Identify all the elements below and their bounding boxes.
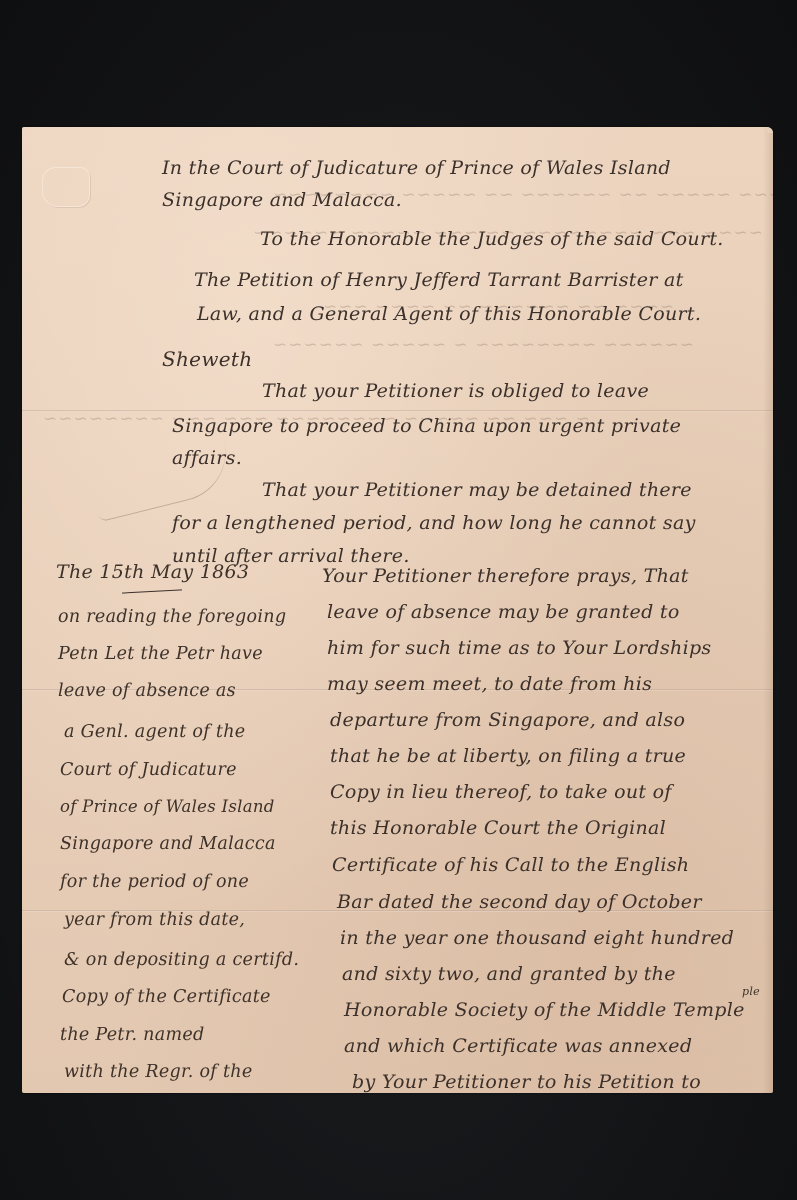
prayer-line: that he be at liberty, on filing a true <box>330 745 686 767</box>
date-underline <box>122 589 182 593</box>
margin-note-line: & on depositing a certifd. <box>64 950 299 970</box>
paragraph-1-line-3: affairs. <box>172 447 242 469</box>
scan-background: ~~~ ~~~~~ ~~ ~~~~~~ ~~ ~~~~~ ~~~~~~~~ ~~… <box>0 0 797 1200</box>
prayer-line: Copy in lieu thereof, to take out of <box>330 781 672 803</box>
prayer-line: in the year one thousand eight hundred <box>340 927 734 949</box>
manuscript-page: ~~~ ~~~~~ ~~ ~~~~~~ ~~ ~~~~~ ~~~~~~~~ ~~… <box>22 127 773 1093</box>
prayer-line: and sixty two, and granted by the <box>342 963 676 985</box>
prayer-line: and which Certificate was annexed <box>344 1035 692 1057</box>
petitioner-line-1: The Petition of Henry Jefferd Tarrant Ba… <box>194 269 684 291</box>
superscript-insertion: ple <box>742 985 760 998</box>
prayer-line: Your Petitioner therefore prays, That <box>322 565 689 587</box>
paragraph-1-line-1: That your Petitioner is obliged to leave <box>262 380 649 402</box>
margin-note-line: a Genl. agent of the <box>64 722 245 742</box>
margin-note-line: Singapore and Malacca <box>60 834 276 854</box>
margin-note-line: year from this date, <box>64 910 245 930</box>
paragraph-1-line-2: Singapore to proceed to China upon urgen… <box>172 415 681 437</box>
margin-note-line: for the period of one <box>60 872 249 892</box>
paragraph-2-line-1: That your Petitioner may be detained the… <box>262 479 692 501</box>
margin-note-line: Court of Judicature <box>60 760 237 780</box>
torn-corner <box>767 127 773 133</box>
margin-note-line: the Petr. named <box>60 1025 205 1045</box>
sheweth-label: Sheweth <box>162 347 252 371</box>
prayer-line: Honorable Society of the Middle Temple <box>344 999 745 1021</box>
heading-address-line: To the Honorable the Judges of the said … <box>260 228 724 250</box>
margin-note-line: with the Regr. of the <box>64 1062 253 1082</box>
margin-note-line: Petn Let the Petr have <box>58 644 263 664</box>
prayer-line: Bar dated the second day of October <box>337 891 702 913</box>
margin-note-line: Copy of the Certificate <box>62 987 271 1007</box>
paragraph-2-line-2: for a lengthened period, and how long he… <box>172 512 696 534</box>
petitioner-line-2: Law, and a General Agent of this Honorab… <box>197 303 701 325</box>
embossed-seal-icon <box>42 167 90 207</box>
prayer-line: him for such time as to Your Lordships <box>327 637 711 659</box>
prayer-line: by Your Petitioner to his Petition to <box>352 1071 701 1093</box>
prayer-line: leave of absence may be granted to <box>327 601 680 623</box>
prayer-line: this Honorable Court the Original <box>330 817 666 839</box>
margin-note-date: The 15th May 1863 <box>56 561 249 583</box>
margin-note-line: on reading the foregoing <box>58 607 286 627</box>
bleed-through-text: ~~~~~~ ~~~~~~~~ ~ ~~~~~ ~~~~~~ <box>272 335 694 355</box>
page-edge-shadow <box>763 127 773 1093</box>
prayer-line: departure from Singapore, and also <box>330 709 685 731</box>
heading-location-line: Singapore and Malacca. <box>162 189 402 211</box>
margin-note-line: leave of absence as <box>58 681 236 701</box>
prayer-line: Certificate of his Call to the English <box>332 854 689 876</box>
prayer-line: may seem meet, to date from his <box>327 673 652 695</box>
margin-note-line: of Prince of Wales Island <box>60 797 275 816</box>
heading-court-line: In the Court of Judicature of Prince of … <box>162 157 671 179</box>
